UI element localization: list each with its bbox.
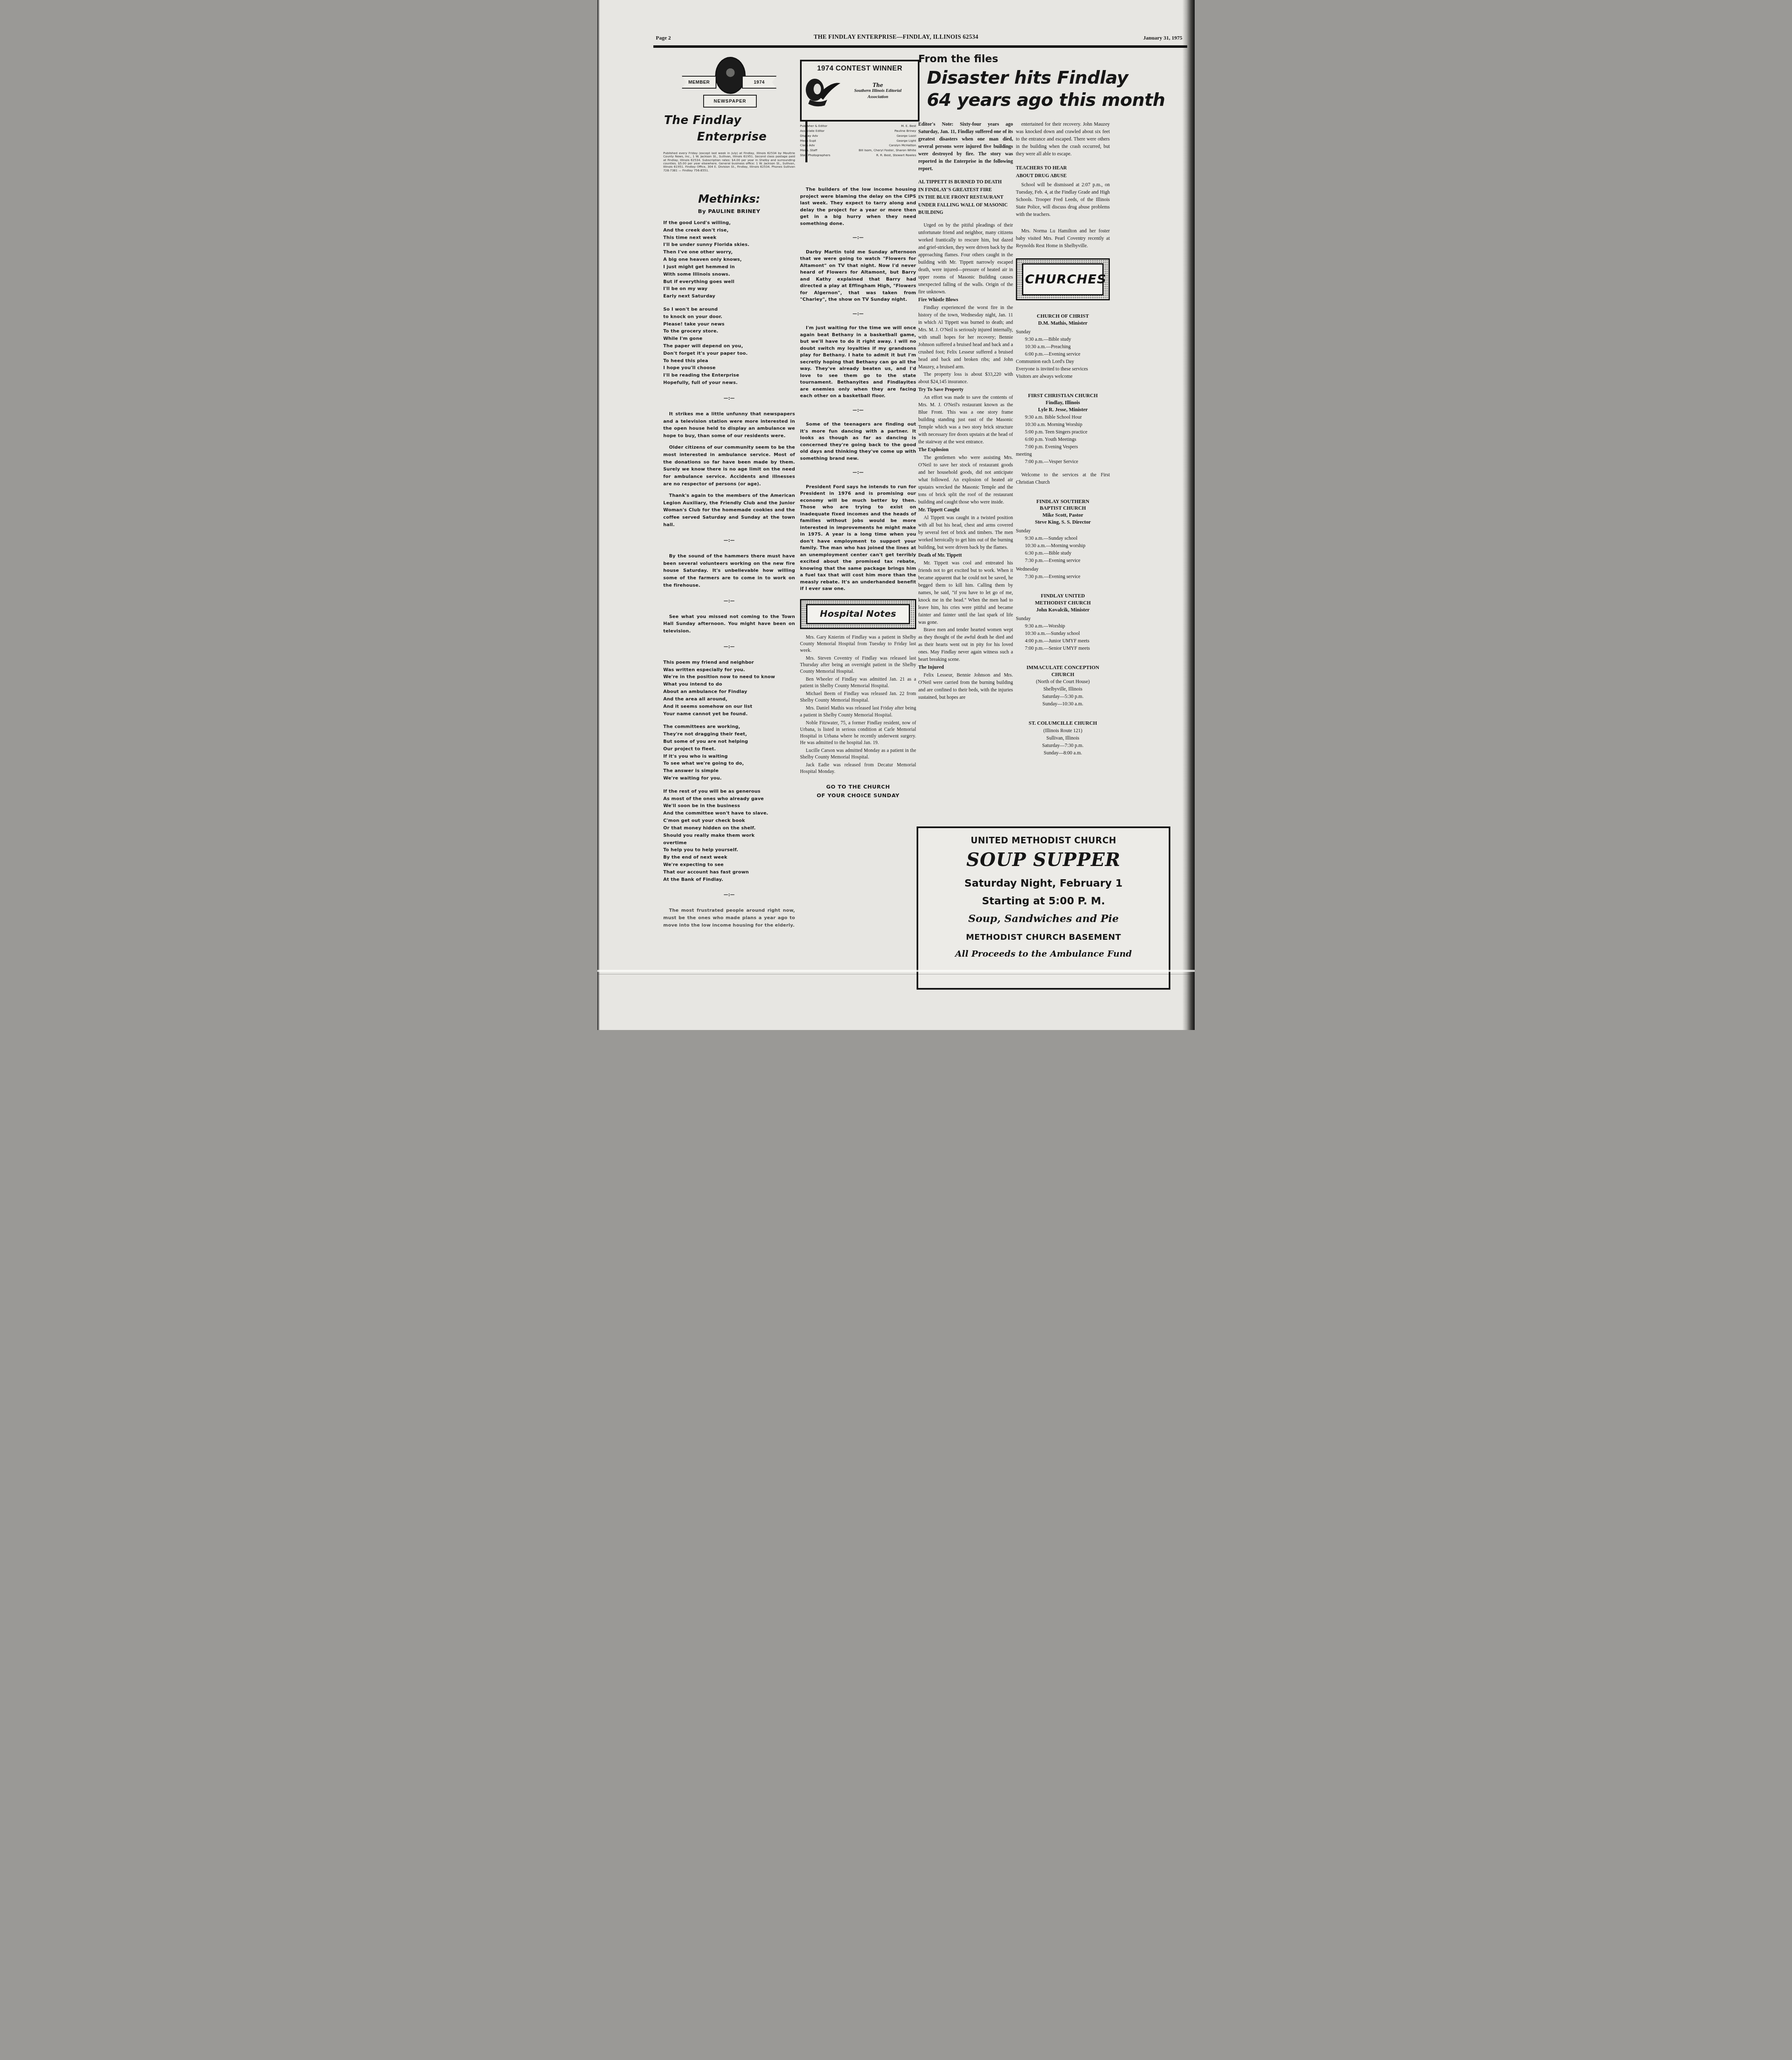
poem-line: I hope you'll choose [663,364,795,372]
poem-line: I just might get hemmed in [663,263,795,271]
church-schedule-line: 7:00 p.m. Evening Vespers [1016,443,1110,450]
church-schedule-line: 5:00 p.m. Teen Singers practice [1016,428,1110,435]
ad-menu: Soup, Sandwiches and Pie [918,913,1169,925]
scanline-artifact-light [597,970,1195,972]
subhead: The Explosion [918,446,1013,453]
para: President Ford says he intends to run fo… [800,484,916,592]
staff-role: Class Adv [800,143,815,148]
para: Darby Martin told me Sunday afternoon th… [800,249,916,303]
poem-line: To heed this plea [663,357,795,365]
church-listing: FINDLAY SOUTHERNBAPTIST CHURCHMike Scott… [1016,498,1110,581]
church-promo-line1: GO TO THE CHURCH [800,783,916,791]
church-name: BAPTIST CHURCH [1016,505,1110,512]
poem-line: AL TIPPETT IS BURNED TO DEATH [918,178,1013,186]
soup-supper-ad: UNITED METHODIST CHURCHSOUP SUPPERSaturd… [917,826,1170,990]
poem-line: To see what we're going to do, [663,760,795,767]
stanza-gap [663,717,795,723]
church-schedule-line: Sunday [1016,328,1110,335]
member-1974-newspaper-badge: MEMBER 1974 NEWSPAPER [682,57,777,110]
poem-line: IN THE BLUE FRONT RESTAURANT [918,193,1013,201]
church-name: ST. COLUMCILLE CHURCH [1016,720,1110,727]
press-association-seal-icon [715,57,746,94]
hospital-note: Ben Wheeler of Findlay was admitted Jan.… [800,676,916,689]
poem-line: IN FINDLAY'S GREATEST FIRE [918,186,1013,194]
para: Older citizens of our community seem to … [663,444,795,488]
poem-line: C'mon get out your check book [663,817,795,824]
church-name: CHURCH OF CHRIST [1016,313,1110,320]
para: Felix Lesseur, Bennie Johnson and Mrs. O… [918,671,1013,701]
poem-line: As most of the ones who already gave [663,795,795,803]
church-schedule-line: Everyone is invited to these services [1016,365,1110,372]
hospital-note: Noble Fitzwater, 75, a former Findlay re… [800,720,916,746]
ad-start: Starting at 5:00 P. M. [918,895,1169,907]
church-schedule-line: 10:30 a.m.—Preaching [1016,343,1110,350]
contest-winner-box: 1974 CONTEST WINNER The Southern Illinoi… [800,60,919,122]
feature-column-right: entertained for their recovery. John Mau… [1016,120,1110,756]
poem-line: Hopefully, full of your news. [663,379,795,386]
para: Findlay experienced the worst fire in th… [918,304,1013,370]
para: The gentlemen who were assisting Mrs. O'… [918,454,1013,506]
para-faded: The most frustrated people around right … [663,907,795,929]
staff-role: Publisher & Editor [800,124,827,129]
poem-line: And the committee won't have to slave. [663,810,795,817]
poem-line: This poem my friend and neighbor [663,659,795,666]
staff-row: Publisher & EditorM. E. Best [800,124,916,129]
church-schedule-line: 7:00 p.m.—Vesper Service [1016,458,1110,465]
hospital-note: Mrs. Gary Knierim of Findlay was a patie… [800,634,916,654]
poem-line: Then I've one other worry, [663,248,795,256]
church-name: Lyle R. Jesse, Minister [1016,406,1110,413]
section-divider: —:— [663,597,795,605]
staff-role: Associate Editor [800,129,825,133]
staff-row: Associate EditorPauline Briney [800,129,916,133]
poem-line: The paper will depend on you, [663,342,795,350]
poem-line: Was written especially for you. [663,666,795,674]
poem-line: But some of you are not helping [663,738,795,745]
poem-line: I'll be under sunny Florida skies. [663,241,795,248]
church-schedule-line: 4:00 p.m.—Junior UMYF meets [1016,637,1110,644]
poem-line: With some Illinois snows. [663,271,795,278]
church-schedule-line: 6:00 p.m.—Evening service [1016,350,1110,358]
methinks-column-title: Methinks: [663,193,795,206]
section-divider: —:— [800,311,916,318]
subhead: Try To Save Property [918,386,1013,393]
para: I'm just waiting for the time we will on… [800,325,916,400]
poem-line: If the rest of you will be as generous [663,788,795,795]
church-name: FINDLAY SOUTHERN [1016,498,1110,505]
staff-row: Mech SuptGeorge Light [800,138,916,143]
poem-line: Our project to fleet. [663,745,795,753]
church-listing: CHURCH OF CHRISTD.M. Mathis, MinisterSun… [1016,313,1110,380]
subhead: Death of Mr. Tippett [918,551,1013,559]
church-schedule-line: 10:30 a.m. Morning Worship [1016,421,1110,428]
staff-name: Pauline Briney [894,129,916,133]
staff-role: Mech Supt [800,138,816,143]
poem-line: UNDER FALLING WALL OF MASONIC [918,201,1013,209]
poem-line: At the Bank of Findlay. [663,876,795,883]
scanline-artifact-dark [597,974,1195,974]
church-name: Mike Scott, Pastor [1016,512,1110,519]
poem-line: TEACHERS TO HEAR [1016,164,1110,172]
subhead: The Injured [918,663,1013,671]
section-divider: —:— [663,891,795,899]
staff-row: Mech. StaffBill Isom, Cheryl Foster, Sha… [800,148,916,153]
church-schedule-line: Saturday—5:30 p.m. [1016,693,1110,700]
subhead: Mr. Tippett Caught [918,506,1013,513]
scan-edge-right [1182,0,1195,1030]
church-promo: GO TO THE CHURCH OF YOUR CHOICE SUNDAY [800,783,916,800]
hospital-note: Jack Eadie was released from Decatur Mem… [800,762,916,775]
feature-headline-line1: Disaster hits Findlay [927,69,1128,87]
poem-line: This time next week [663,234,795,241]
ad-title: SOUP SUPPER [918,850,1169,871]
poem-line: They're not dragging their feet, [663,730,795,738]
staff-role: Display Adv [800,133,818,138]
publication-info: Published every Friday (except last week… [663,152,795,172]
column2-blocks: The builders of the low income housing p… [800,186,916,592]
staff-row: Class AdvCarolyn McHatton [800,143,916,148]
ad-church: UNITED METHODIST CHURCH [918,836,1169,845]
section-divider: —:— [663,395,795,402]
ad-date: Saturday Night, February 1 [918,877,1169,889]
section-divider: —:— [663,643,795,651]
poem-line: And the area all around, [663,695,795,703]
staff-name: Carolyn McHatton [889,143,916,148]
church-schedule-line: 9:30 a.m. Bible School Hour [1016,413,1110,421]
church-schedule-line: (North of the Court House) [1016,678,1110,685]
poem-line: So I won't be around [663,306,795,313]
feature-kicker: From the files [918,53,998,65]
badge-banner-newspaper: NEWSPAPER [703,95,757,108]
para: See what you missed not coming to the To… [663,613,795,635]
badge-ribbon-year: 1974 [742,76,777,89]
poem-line: About an ambulance for Findlay [663,688,795,695]
editor-note: Editor's Note: Sixty-four years ago Satu… [918,120,1013,172]
poem-line: Or that money hidden on the shelf. [663,824,795,832]
poem-line: The answer is simple [663,767,795,775]
header-rule [653,45,1187,48]
newspaper-title-header: THE FINDLAY ENTERPRISE—FINDLAY, ILLINOIS… [597,34,1195,41]
contest-body: The Southern Illinois Editorial Associat… [802,74,918,109]
caps-head: AL TIPPETT IS BURNED TO DEATHIN FINDLAY'… [918,178,1013,216]
church-schedule-line: 9:30 a.m.—Sunday school [1016,534,1110,542]
church-schedule-line: Communion each Lord's Day [1016,358,1110,365]
church-schedule-line: Sullivan, Illinois [1016,734,1110,742]
staff-role: Staff Photographers [800,153,830,158]
poem-line: We're expecting to see [663,861,795,868]
association-the: The [841,82,915,88]
para: The builders of the low income housing p… [800,186,916,227]
para: By the sound of the hammers there must h… [663,552,795,589]
association-line2: Association [841,94,915,101]
section-divider: —:— [800,469,916,476]
para: It strikes me a little unfunny that news… [663,410,795,440]
church-schedule-line: 7:00 p.m.—Senior UMYF meets [1016,644,1110,652]
hospital-notes-list: Mrs. Gary Knierim of Findlay was a patie… [800,634,916,775]
poem-line: If the good Lord's willing, [663,219,795,227]
poem-line: Should you really make them work [663,832,795,839]
poem-line: Please! take your news [663,321,795,328]
poem-line: We're waiting for you. [663,775,795,782]
church-name: Findlay, Illinois [1016,399,1110,406]
church-schedule-line: 9:30 a.m.—Worship [1016,622,1110,630]
poem-line: The committees are working, [663,723,795,730]
church-schedule-line: (Illinois Route 121) [1016,727,1110,734]
staff-name: Bill Isom, Cheryl Foster, Sharon White [859,148,916,153]
poem-line: To the grocery store. [663,328,795,335]
church-schedule-line: 10:30 a.m.—Morning worship [1016,542,1110,549]
poem-line: If it's you who is waiting [663,753,795,760]
para: Brave men and tender hearted women wept … [918,626,1013,663]
church-schedule-line: Sunday—8:00 a.m. [1016,749,1110,756]
church-schedule-line: Saturday—7:30 p.m. [1016,742,1110,749]
poem-line: overtime [663,839,795,847]
hospital-note: Mrs. Steven Coventry of Findlay was rele… [800,655,916,675]
para spaced: Mrs. Norma Lu Hamilton and her foster ba… [1016,227,1110,249]
staff-name: R. R. Best, Stewart Rowles [876,153,916,158]
ad-proceeds: All Proceeds to the Ambulance Fund [918,948,1169,959]
poem-line: ABOUT DRUG ABUSE [1016,172,1110,180]
staff-name: George Light [896,138,916,143]
poem-line: And it seems somehow on our list [663,703,795,710]
editorial-association-engraving [802,74,841,109]
church-name: METHODIST CHURCH [1016,599,1110,606]
staff-row: Display AdvGeorge Lozzi [800,133,916,138]
church-schedule-line: Sunday—10:30 a.m. [1016,700,1110,707]
para: Urged on by the pitiful pleadings of the… [918,221,1013,295]
caps-head: TEACHERS TO HEARABOUT DRUG ABUSE [1016,164,1110,179]
para: Some of the teenagers are finding out it… [800,421,916,462]
newspaper-page: Page 2 THE FINDLAY ENTERPRISE—FINDLAY, I… [597,0,1195,1030]
staff-row: Staff PhotographersR. R. Best, Stewart R… [800,153,916,158]
issue-date: January 31, 1975 [1143,35,1182,41]
church-schedule-line: 6:00 p.m. Youth Meetings [1016,435,1110,443]
church-name: John Kovalcik, Minister [1016,606,1110,613]
methinks-column: If the good Lord's willing,And the creek… [663,219,795,929]
scan-edge-left [597,0,600,1030]
hospital-notes-title: Hospital Notes [806,604,910,624]
ad-venue: METHODIST CHURCH BASEMENT [918,932,1169,942]
association-line1: Southern Illinois Editorial [841,88,915,94]
church-schedule-line: Welcome to the services at the First Chr… [1016,471,1110,486]
hospital-note: Lucille Carson was admitted Monday as a … [800,747,916,761]
church-schedule-line: 10:30 a.m.—Sunday school [1016,630,1110,637]
church-listing: FINDLAY UNITEDMETHODIST CHURCHJohn Koval… [1016,592,1110,652]
church-name: Steve King, S. S. Director [1016,519,1110,526]
poem-line: BUILDING [918,208,1013,216]
church-schedule-line: 9:30 a.m.—Bible study [1016,335,1110,343]
churches-box: CHURCHES [1016,258,1110,300]
poem-line: Your name cannot yet be found. [663,710,795,718]
section-divider: —:— [800,407,916,414]
para: entertained for their recovery. John Mau… [1016,120,1110,157]
church-name: FINDLAY UNITED [1016,592,1110,599]
editorial-column-2: The builders of the low income housing p… [800,186,916,800]
church-listing: IMMACULATE CONCEPTION CHURCH(North of th… [1016,664,1110,708]
subhead: Fire Whistle Blows [918,296,1013,303]
para: Al Tippett was caught in a twisted posit… [918,514,1013,551]
poem-line: I'll be on my way [663,285,795,293]
methinks-byline: By PAULINE BRINEY [663,208,795,215]
poem-line: But if everything goes well [663,278,795,286]
poem-line: We're in the position now to need to kno… [663,673,795,681]
feature-column-left: Editor's Note: Sixty-four years ago Satu… [918,120,1013,701]
feature-headline-line2: 64 years ago this month [927,91,1165,109]
para: The property loss is about $33,220 with … [918,370,1013,385]
masthead-title-line1: The Findlay [664,115,742,126]
church-schedule-line: Shelbyville, Illinois [1016,685,1110,693]
church-schedule-line: Wednesday [1016,565,1110,573]
staff-role: Mech. Staff [800,148,817,153]
hospital-note: Mrs. Daniel Mathis was released last Fri… [800,705,916,718]
church-listing: FIRST CHRISTIAN CHURCHFindlay, IllinoisL… [1016,392,1110,486]
contest-winner-title: 1974 CONTEST WINNER [802,64,918,73]
poem-line: Early next Saturday [663,293,795,300]
masthead-title-line2: Enterprise [697,131,767,143]
section-divider: —:— [663,537,795,544]
church-listing: ST. COLUMCILLE CHURCH(Illinois Route 121… [1016,720,1110,756]
para: An effort was made to save the contents … [918,393,1013,445]
church-name: FIRST CHRISTIAN CHURCH [1016,392,1110,399]
contest-association-name: The Southern Illinois Editorial Associat… [841,74,918,109]
hospital-notes-box: Hospital Notes [800,599,916,629]
church-name: D.M. Mathis, Minister [1016,320,1110,327]
poem-line: What you intend to do [663,681,795,688]
poem-line: Don't forget it's your paper too. [663,350,795,357]
para: School will be dismissed at 2:07 p.m., o… [1016,181,1110,218]
church-schedule-line: Visitors are always welcome [1016,372,1110,380]
church-schedule-line: 6:30 p.m.—Bible study [1016,549,1110,557]
stanza-gap [663,782,795,788]
section-divider: —:— [800,234,916,241]
para: Thank's again to the members of the Amer… [663,492,795,529]
badge-ribbon-member: MEMBER [682,76,716,89]
church-schedule-line: 7:30 p.m.—Evening service [1016,573,1110,580]
poem: If the good Lord's willing,And the creek… [663,219,795,386]
poem: This poem my friend and neighborWas writ… [663,659,795,883]
staff-name: George Lozzi [896,133,916,138]
poem-line: That our account has fast grown [663,868,795,876]
church-schedule-line: Sunday [1016,615,1110,622]
church-name: IMMACULATE CONCEPTION CHURCH [1016,664,1110,678]
church-schedule-line: meeting [1016,450,1110,458]
poem-line: to knock on your door. [663,313,795,321]
staff-box: Publisher & EditorM. E. BestAssociate Ed… [800,124,916,158]
poem-line: While I'm gone [663,335,795,342]
church-promo-line2: OF YOUR CHOICE SUNDAY [800,792,916,800]
poem-line: I'll be reading the Enterprise [663,372,795,379]
staff-name: M. E. Best [901,124,916,129]
para: Mr. Tippett was cool and entreated his f… [918,559,1013,626]
poem-line: A big one heaven only knows, [663,256,795,263]
poem-line: And the creek don't rise, [663,227,795,234]
poem-line: We'll soon be in the business [663,802,795,810]
churches-box-title: CHURCHES [1022,263,1104,295]
hospital-note: Michael Beem of Findlay was released Jan… [800,691,916,704]
church-schedule-line: 7:30 p.m.—Evening service [1016,557,1110,564]
poem-line: By the end of next week [663,854,795,861]
poem-line: To help you to help yourself. [663,846,795,854]
church-schedule-line: Sunday [1016,527,1110,534]
stanza-gap [663,300,795,306]
